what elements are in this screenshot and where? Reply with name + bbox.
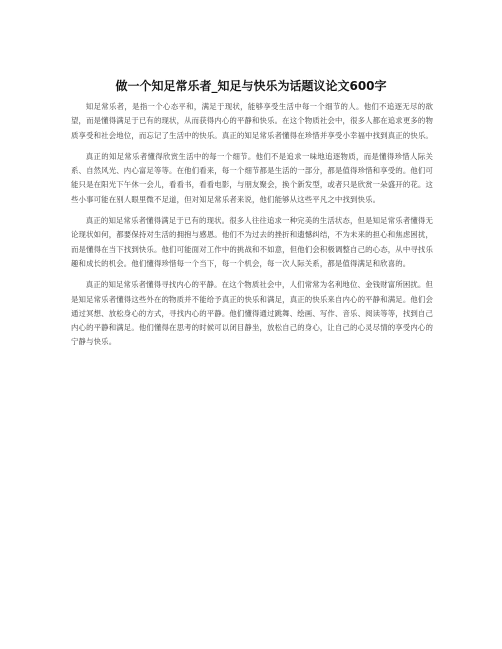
paragraph-3: 真正的知足常乐者懂得满足于已有的现状。很多人往往追求一种完美的生活状态，但是知足… <box>71 214 433 271</box>
paragraph-1: 知足常乐者，是指一个心态平和，满足于现状，能够享受生活中每一个细节的人。他们不追… <box>71 100 433 143</box>
paragraph-4: 真正的知足常乐者懂得寻找内心的平静。在这个物质社会中，人们常常为名利地位、金钱财… <box>71 278 433 349</box>
document-title: 做一个知足常乐者_知足与快乐为话题议论文600字 <box>0 78 502 94</box>
document-body: 知足常乐者，是指一个心态平和，满足于现状，能够享受生活中每一个细节的人。他们不追… <box>71 100 433 357</box>
paragraph-2: 真正的知足常乐者懂得欣赏生活中的每一个细节。他们不是追求一味地追逐物质，而是懂得… <box>71 150 433 207</box>
document-page: 做一个知足常乐者_知足与快乐为话题议论文600字 知足常乐者，是指一个心态平和，… <box>0 0 502 649</box>
